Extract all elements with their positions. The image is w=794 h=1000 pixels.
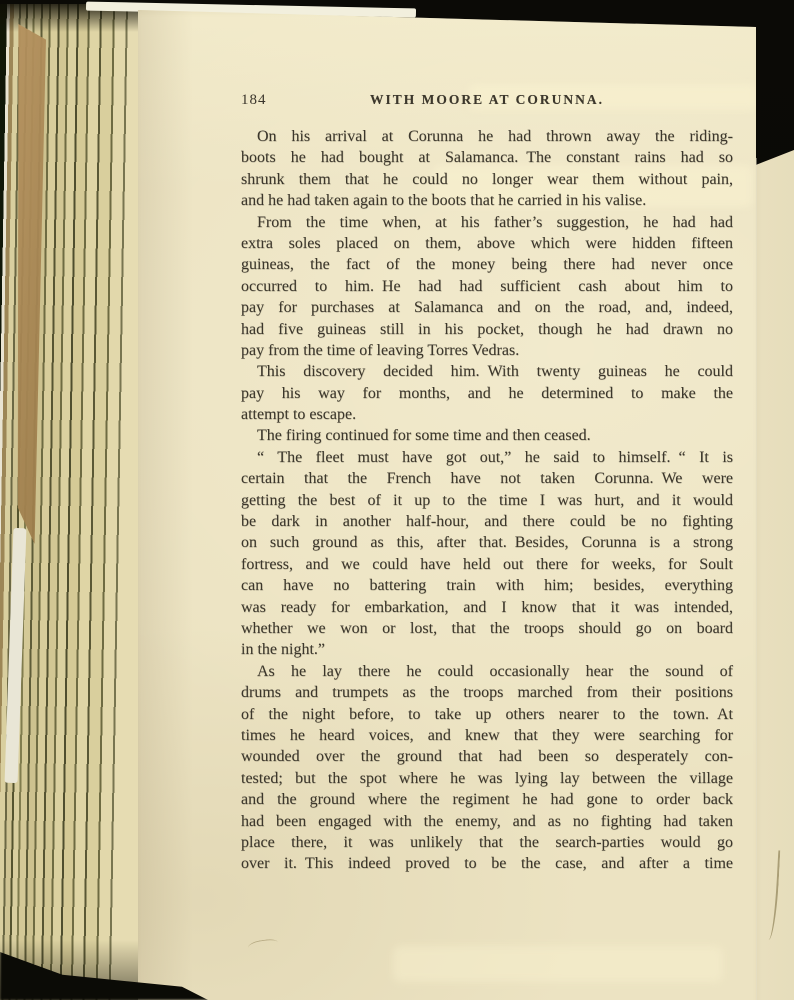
text-line: of the night before, to take up others n…: [241, 704, 733, 725]
text-line: occurred to him. He had had sufficient c…: [241, 276, 733, 297]
text-line: was ready for embarkation, and I know th…: [241, 597, 733, 618]
text-line: over it. This indeed proved to be the ca…: [241, 853, 733, 874]
paper-crease-mark: [247, 938, 278, 953]
text-line: As he lay there he could occasionally he…: [241, 661, 733, 682]
paragraph: The firing continued for some time and t…: [241, 425, 733, 446]
text-line: wounded over the ground that had been so…: [241, 746, 733, 767]
paragraph: From the time when, at his father’s sugg…: [241, 212, 733, 362]
text-line: “ The fleet must have got out,” he said …: [241, 447, 733, 468]
paragraph: On his arrival at Corunna he had thrown …: [241, 126, 733, 212]
page-header: 184 WITH MOORE AT CORUNNA.: [241, 92, 733, 112]
scan-light-band: [393, 946, 723, 982]
text-line: shrunk them that he could no longer wear…: [241, 169, 733, 190]
text-line: certain that the French have not taken C…: [241, 468, 733, 489]
paragraph: This discovery decided him. With twenty …: [241, 361, 733, 425]
text-line: and he had taken again to the boots that…: [241, 190, 733, 211]
text-line: tested; but the spot where he was lying …: [241, 768, 733, 789]
text-line: This discovery decided him. With twenty …: [241, 361, 733, 382]
text-line: pay for purchases at Salamanca and on th…: [241, 297, 733, 318]
book-photo: 184 WITH MOORE AT CORUNNA. On his arriva…: [0, 0, 794, 1000]
text-line: On his arrival at Corunna he had thrown …: [241, 126, 733, 147]
text-line: attempt to escape.: [241, 404, 733, 425]
text-line: place there, it was unlikely that the se…: [241, 832, 733, 853]
text-line: extra soles placed on them, above which …: [241, 233, 733, 254]
text-line: had five guineas still in his pocket, th…: [241, 319, 733, 340]
text-line: fortress, and we could have held out the…: [241, 554, 733, 575]
text-line: pay his way for months, and he determine…: [241, 383, 733, 404]
text-line: in the night.”: [241, 639, 733, 660]
book-page: 184 WITH MOORE AT CORUNNA. On his arriva…: [138, 0, 756, 1000]
text-line: whether we won or lost, that the troops …: [241, 618, 733, 639]
text-line: boots he had bought at Salamanca. The co…: [241, 147, 733, 168]
text-line: drums and trumpets as the troops marched…: [241, 682, 733, 703]
text-line: had been engaged with the enemy, and as …: [241, 811, 733, 832]
text-line: and the ground where the regiment he had…: [241, 789, 733, 810]
text-line: times he heard voices, and knew that the…: [241, 725, 733, 746]
text-line: The firing continued for some time and t…: [241, 425, 733, 446]
page-number: 184: [241, 92, 267, 109]
text-line: on such ground as this, after that. Besi…: [241, 532, 733, 553]
text-block: On his arrival at Corunna he had thrown …: [241, 126, 733, 875]
text-line: be dark in another half-hour, and there …: [241, 511, 733, 532]
text-line: From the time when, at his father’s sugg…: [241, 212, 733, 233]
text-line: pay from the time of leaving Torres Vedr…: [241, 340, 733, 361]
text-line: guineas, the fact of the money being the…: [241, 254, 733, 275]
running-header: WITH MOORE AT CORUNNA.: [241, 92, 733, 108]
text-line: can have no battering train with him; be…: [241, 575, 733, 596]
text-line: getting the best of it up to the time I …: [241, 490, 733, 511]
paragraph: As he lay there he could occasionally he…: [241, 661, 733, 875]
paragraph: “ The fleet must have got out,” he said …: [241, 447, 733, 661]
